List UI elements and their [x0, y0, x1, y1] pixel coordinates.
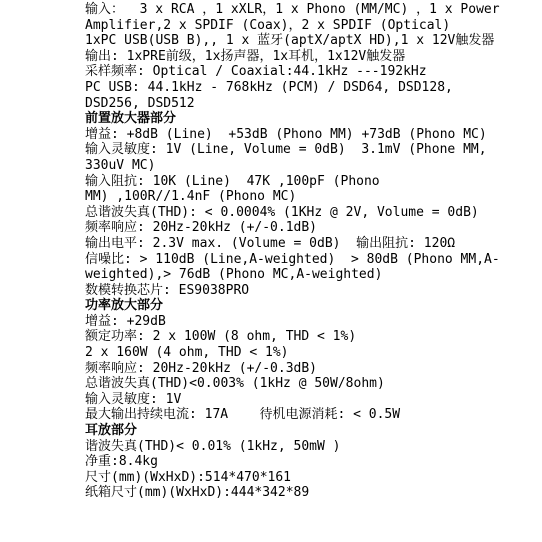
spec-line: 数模转换芯片: ES9038PRO: [85, 283, 534, 299]
spec-line: 增益: +29dB: [85, 314, 534, 330]
spec-line: 输出电平: 2.3V max. (Volume = 0dB) 输出阻抗: 120…: [85, 236, 534, 252]
section-header: 前置放大器部分: [85, 111, 534, 127]
spec-line: 采样频率: Optical / Coaxial:44.1kHz ---192kH…: [85, 64, 534, 80]
spec-line: 频率响应: 20Hz-20kHz (+/-0.1dB): [85, 220, 534, 236]
spec-line: PC USB: 44.1kHz - 768kHz (PCM) / DSD64, …: [85, 80, 534, 96]
spec-line: weighted),> 76dB (Phono MC,A-weighted): [85, 267, 534, 283]
spec-line: 尺寸(mm)(WxHxD):514*470*161: [85, 470, 534, 486]
spec-line: 净重:8.4kg: [85, 454, 534, 470]
spec-line: 频率响应: 20Hz-20kHz (+/-0.3dB): [85, 361, 534, 377]
spec-line: 输出: 1xPRE前级，1x扬声器，1x耳机，1x12V触发器: [85, 49, 534, 65]
spec-line: Amplifier,2 x SPDIF (Coax)，2 x SPDIF (Op…: [85, 18, 534, 34]
spec-line: 输入灵敏度: 1V (Line, Volume = 0dB) 3.1mV (Ph…: [85, 142, 534, 158]
spec-line: 输入灵敏度: 1V: [85, 392, 534, 408]
spec-line: 谐波失真(THD)< 0.01% (1kHz, 50mW ): [85, 439, 534, 455]
spec-document-page: 输入： 3 x RCA ，1 xXLR，1 x Phono (MM/MC) ，1…: [0, 0, 542, 542]
spec-line: MM) ,100R//1.4nF (Phono MC): [85, 189, 534, 205]
spec-line: 额定功率: 2 x 100W (8 ohm, THD < 1%): [85, 329, 534, 345]
section-header: 功率放大部分: [85, 298, 534, 314]
spec-line: 纸箱尺寸(mm)(WxHxD):444*342*89: [85, 485, 534, 501]
spec-line: 总谐波失真(THD)<0.003% (1kHz @ 50W/8ohm): [85, 376, 534, 392]
spec-line: 1xPC USB(USB B),, 1 x 蓝牙(aptX/aptX HD),1…: [85, 33, 534, 49]
spec-line: 总谐波失真(THD): < 0.0004% (1KHz @ 2V, Volume…: [85, 205, 534, 221]
spec-text-block: 输入： 3 x RCA ，1 xXLR，1 x Phono (MM/MC) ，1…: [85, 2, 534, 501]
spec-line: 最大输出持续电流: 17A 待机电源消耗: < 0.5W: [85, 407, 534, 423]
spec-line: 2 x 160W (4 ohm, THD < 1%): [85, 345, 534, 361]
spec-line: 输入： 3 x RCA ，1 xXLR，1 x Phono (MM/MC) ，1…: [85, 2, 534, 18]
spec-line: 增益: +8dB (Line) +53dB (Phono MM) +73dB (…: [85, 127, 534, 143]
spec-line: DSD256, DSD512: [85, 96, 534, 112]
spec-line: 信噪比: > 110dB (Line,A-weighted) > 80dB (P…: [85, 252, 534, 268]
spec-line: 330uV MC): [85, 158, 534, 174]
spec-line: 输入阻抗: 10K (Line) 47K ,100pF (Phono: [85, 174, 534, 190]
section-header: 耳放部分: [85, 423, 534, 439]
